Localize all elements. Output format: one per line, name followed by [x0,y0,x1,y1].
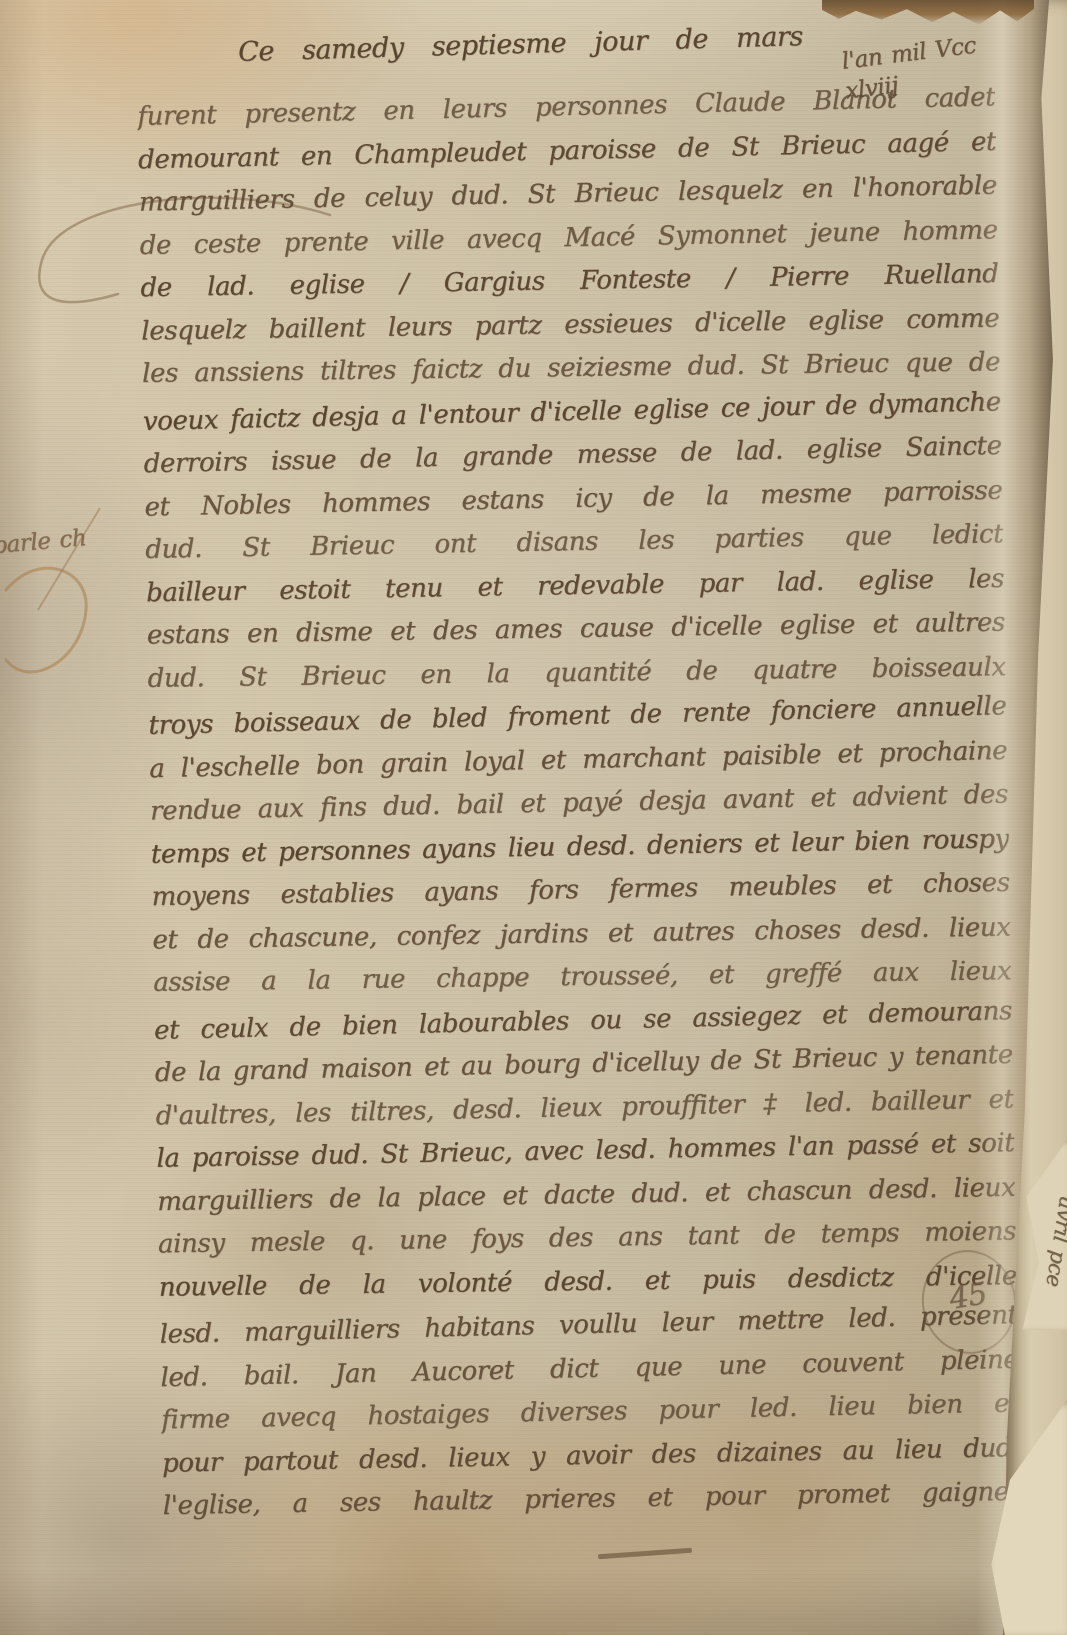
manuscript-photo: Ce samedy septiesme jour de mars l'an mi… [0,0,1067,1635]
page-curl-shadow [0,0,1067,1635]
